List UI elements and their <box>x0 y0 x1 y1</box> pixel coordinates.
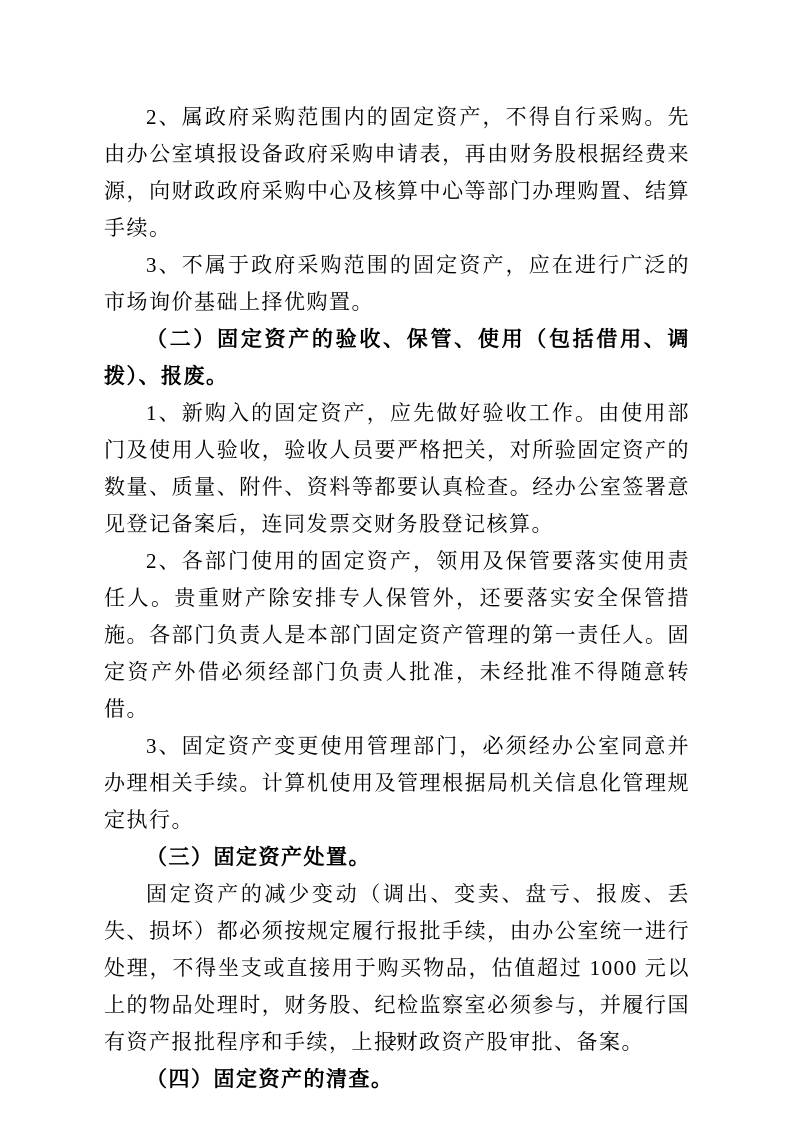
paragraph-procurement-out-of-scope: 3、不属于政府采购范围的固定资产，应在进行广泛的市场询价基础上择优购置。 <box>104 247 690 321</box>
page-footer: 27 <box>0 1032 793 1050</box>
section-heading-3-asset-disposal: （三）固定资产处置。 <box>104 839 690 876</box>
page-number: 27 <box>389 1033 403 1048</box>
paragraph-acceptance-of-new-assets: 1、新购入的固定资产，应先做好验收工作。由使用部门及使用人验收，验收人员要严格把… <box>104 395 690 543</box>
paragraph-change-of-managing-department: 3、固定资产变更使用管理部门，必须经办公室同意并办理相关手续。计算机使用及管理根… <box>104 728 690 839</box>
document-body: 2、属政府采购范围内的固定资产，不得自行采购。先由办公室填报设备政府采购申请表，… <box>104 99 690 1098</box>
paragraph-department-responsibility: 2、各部门使用的固定资产，领用及保管要落实使用责任人。贵重财产除安排专人保管外，… <box>104 543 690 728</box>
paragraph-procurement-in-scope: 2、属政府采购范围内的固定资产，不得自行采购。先由办公室填报设备政府采购申请表，… <box>104 99 690 247</box>
document-page: 2、属政府采购范围内的固定资产，不得自行采购。先由办公室填报设备政府采购申请表，… <box>0 0 793 1122</box>
section-heading-2-acceptance-custody-use: （二）固定资产的验收、保管、使用（包括借用、调拨）、报废。 <box>104 321 690 395</box>
section-heading-4-asset-inventory: （四）固定资产的清查。 <box>104 1061 690 1098</box>
